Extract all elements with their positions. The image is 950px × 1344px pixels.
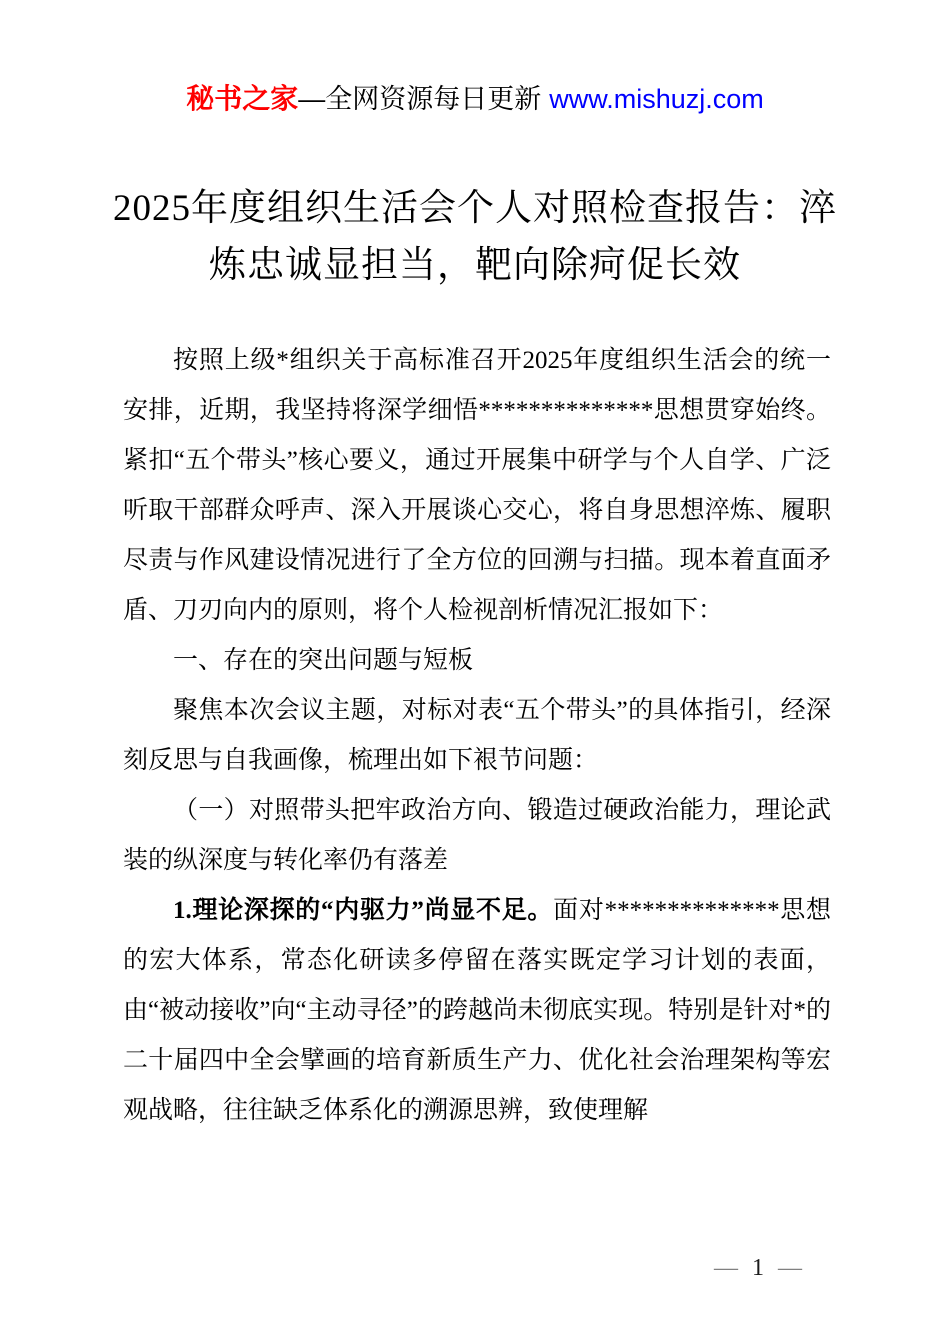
site-brand: 秘书之家 — [186, 83, 298, 114]
page-number: 1 — [738, 1255, 778, 1281]
document-title: 2025年度组织生活会个人对照检查报告：淬 炼忠诚显担当，靶向除疴促长效 — [55, 180, 895, 294]
page-number-dash-left: — — [714, 1255, 738, 1281]
document-body: 按照上级*组织关于高标准召开2025年度组织生活会的统一安排，近期，我坚持将深学… — [123, 336, 831, 1136]
subsection-heading-1: （一）对照带头把牢政治方向、锻造过硬政治能力，理论武装的纵深度与转化率仍有落差 — [123, 786, 831, 886]
paragraph-focus: 聚焦本次会议主题，对标对表“五个带头”的具体指引，经深刻反思与自我画像，梳理出如… — [123, 686, 831, 786]
site-tagline: 全网资源每日更新 — [325, 84, 541, 114]
document-title-line2: 炼忠诚显担当，靶向除疴促长效 — [55, 237, 895, 294]
paragraph-point-1-lead: 1.理论深探的“内驱力”尚显不足。 — [173, 897, 553, 924]
section-heading-1: 一、存在的突出问题与短板 — [123, 636, 831, 686]
page-number-dash-right: — — [778, 1255, 802, 1281]
document-page: 秘书之家—全网资源每日更新www.mishuzj.com 2025年度组织生活会… — [0, 0, 950, 1344]
paragraph-point-1-text: 面对**************思想的宏大体系，常态化研读多停留在落实既定学习计… — [123, 897, 831, 1124]
site-header: 秘书之家—全网资源每日更新www.mishuzj.com — [0, 82, 950, 116]
site-url-link[interactable]: www.mishuzj.com — [549, 84, 764, 114]
page-number-footer: —1— — [714, 1254, 802, 1282]
paragraph-point-1: 1.理论深探的“内驱力”尚显不足。面对**************思想的宏大体系… — [123, 886, 831, 1136]
document-title-line1: 2025年度组织生活会个人对照检查报告：淬 — [55, 180, 895, 237]
paragraph-intro: 按照上级*组织关于高标准召开2025年度组织生活会的统一安排，近期，我坚持将深学… — [123, 336, 831, 636]
header-separator: — — [298, 84, 325, 114]
